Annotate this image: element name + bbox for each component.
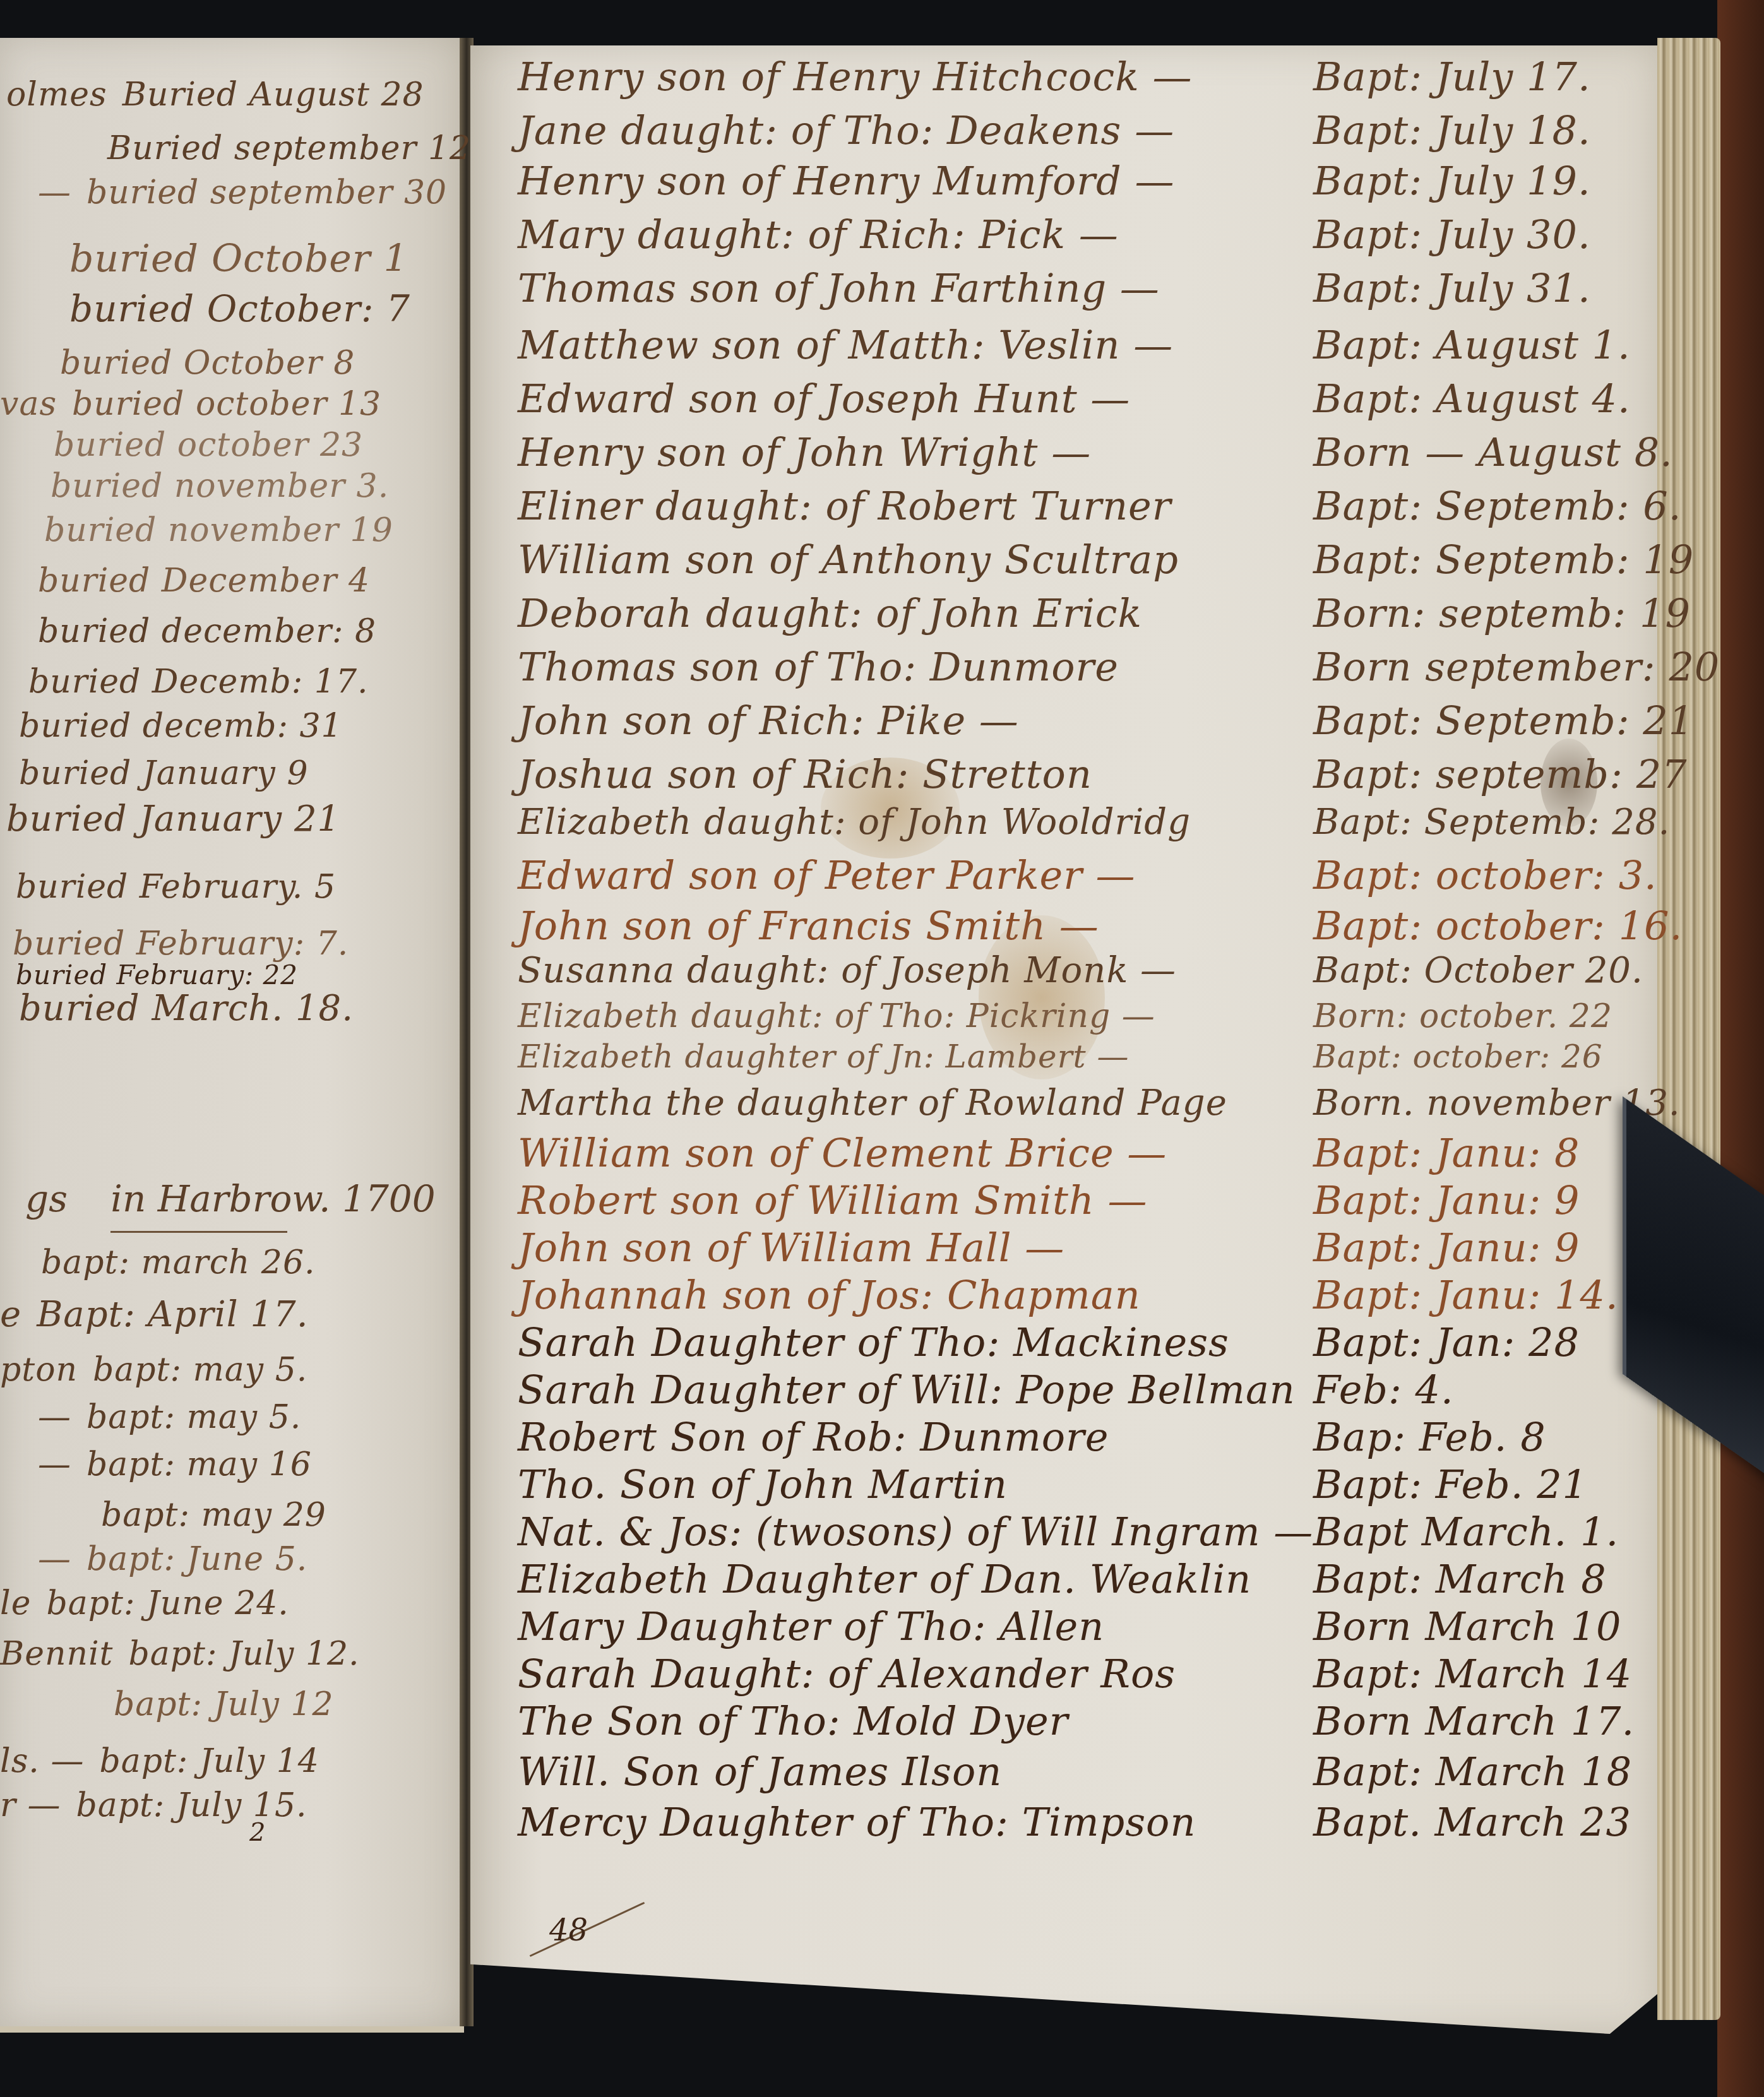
event-date: July 19. [1436,158,1591,204]
event-date: October 20. [1424,950,1643,991]
entry-name: Mary Daughter of Tho: Allen [518,1603,1275,1649]
event-date: February: 7. [136,925,349,963]
event-date: october 23 [177,426,363,464]
event-date: october 13 [196,385,381,423]
baptism-entry: bapt: march 26. [41,1244,316,1281]
name-fragment: pton [0,1351,78,1389]
name-fragment: olmes [6,76,107,114]
entry-name: Sarah Daughter of Tho: Mackiness [518,1319,1275,1365]
register-entry: John son of Francis Smith —Bapt: october… [518,903,1275,949]
event-label: buried [13,925,125,963]
event-date: november 19 [168,511,393,549]
event-label: Bapt: [1313,1272,1422,1318]
event-date: Septemb: 21 [1436,698,1694,744]
event-date: August 28 [249,76,424,114]
name-fragment: le [0,1584,31,1622]
event-label: Bapt: [1313,158,1422,204]
register-entry: Joshua son of Rich: StrettonBapt: septem… [518,751,1275,797]
event-label: Bapt: [1313,376,1422,422]
event-date: Janu: 8 [1436,1130,1580,1176]
header-fragment: gs [25,1177,68,1220]
burial-entry: buried October 1 [69,237,408,281]
entry-name: Edward son of Peter Parker — [518,852,1275,898]
event-label: Bapt: [1313,1225,1422,1271]
event-date: January 9 [143,754,309,792]
entry-name: Matthew son of Matth: Veslin — [518,322,1275,368]
burial-entry: buried February: 22 [16,959,298,990]
event-date: may 16 [187,1446,312,1483]
event-label: buried [69,287,194,330]
entry-name: Thomas son of Tho: Dunmore [518,644,1275,690]
book-cover-edge [1717,0,1764,2097]
name-fragment: — [38,1398,71,1436]
burial-entry: buried november 3. [51,467,389,505]
event-label: Born: [1313,997,1408,1035]
register-entry: William son of Clement Brice —Bapt: Janu… [518,1130,1275,1176]
baptism-entry: lebapt: June 24. [0,1584,289,1622]
event-date: september 30 [210,174,447,211]
entry-name: Henry son of Henry Hitchcock — [518,54,1275,100]
burial-entry: Buried september 12 [107,129,471,167]
header-underline [110,1231,287,1233]
register-entry: William son of Anthony ScultrapBapt: Sep… [518,537,1275,583]
event-date: July 18. [1436,107,1591,153]
entry-name: Will. Son of James Ilson [518,1749,1275,1795]
event-label: Bapt: [37,1294,136,1335]
event-date: september 12 [234,129,471,167]
event-date: August 1. [1436,322,1631,368]
baptism-entry: Bennitbapt: July 12. [0,1635,360,1673]
name-fragment: ls. — [0,1742,84,1780]
event-label: Born [1313,1603,1412,1649]
register-entry: Henry son of Henry Mumford —Bapt: July 1… [518,158,1275,204]
event-label: buried [60,344,172,382]
entry-name: William son of Anthony Scultrap [518,537,1275,583]
entry-name: Thomas son of John Farthing — [518,265,1275,311]
burial-entry: buried March. 18. [19,988,354,1029]
register-section-header: gs in Harbrow. 1700 [25,1177,436,1220]
register-entry: Martha the daughter of Rowland PageBorn.… [518,1083,1275,1124]
event-label: buried [19,988,140,1029]
event-date: April 17. [148,1294,309,1335]
event-date: may 5. [187,1398,302,1436]
event-date: October: 7 [207,287,410,330]
event-label: bapt: [76,1786,165,1824]
event-date: August 8. [1478,429,1673,475]
event-date: october: 26 [1412,1038,1602,1075]
open-register-book: olmesBuried August 28 Buried september 1… [0,0,1764,2097]
event-date: Septemb: 19 [1436,537,1694,583]
register-entry: Elizabeth daught: of Tho: Pickring —Born… [518,997,1275,1035]
register-entry: Susanna daught: of Joseph Monk —Bapt: Oc… [518,950,1275,991]
entry-name: Tho. Son of John Martin [518,1461,1275,1507]
entry-name: Henry son of John Wright — [518,429,1275,475]
register-entry: Robert Son of Rob: DunmoreBap: Feb. 8 [518,1414,1275,1460]
event-date: July 12. [229,1635,360,1673]
event-label: buried [6,799,128,840]
register-entry: Johannah son of Jos: ChapmanBapt: Janu: … [518,1272,1275,1318]
entry-name: Deborah daught: of John Erick [518,590,1275,636]
baptism-entry: bapt: may 29 [101,1496,326,1534]
event-date: Feb. 8 [1419,1414,1546,1460]
event-label: buried [19,754,131,792]
event-label: Bapt: [1313,265,1422,311]
event-label: Bapt: [1313,1651,1422,1697]
register-entry: Deborah daught: of John ErickBorn: septe… [518,590,1275,636]
register-entry: Matthew son of Matth: Veslin —Bapt: Augu… [518,322,1275,368]
event-date: March. 1. [1422,1509,1619,1555]
event-label: Bapt: [1313,1038,1402,1075]
event-label: Born [1313,1698,1412,1744]
name-fragment: — [38,1540,71,1578]
event-label: Buried [122,76,238,114]
entry-name: Johannah son of Jos: Chapman [518,1272,1275,1318]
event-label: Bapt: [1313,322,1422,368]
burial-entry: buried October 8 [60,344,355,382]
event-date: June 24. [146,1584,289,1622]
register-entry: Elizabeth daughter of Jn: Lambert —Bapt:… [518,1038,1275,1075]
event-label: bapt: [86,1446,176,1483]
event-label: buried [69,237,199,281]
event-date: Jan: 28 [1436,1319,1580,1365]
name-fragment: r — [0,1786,61,1824]
header-place: in Harbrow. [110,1177,330,1220]
event-label: buried [19,707,131,745]
event-date: December 4 [162,562,370,600]
event-date: March 18 [1436,1749,1632,1795]
register-entry: Sarah Daughter of Tho: MackinessBapt: Ja… [518,1319,1275,1365]
event-label: buried [16,959,107,990]
entry-name: Henry son of Henry Mumford — [518,158,1275,204]
entry-name: The Son of Tho: Mold Dyer [518,1698,1275,1744]
entry-name: Joshua son of Rich: Stretton [518,751,1275,797]
event-label: Bapt: [1313,1319,1422,1365]
event-label: bapt: [99,1742,188,1780]
event-date: Janu: 9 [1436,1225,1580,1271]
event-date: July 30. [1436,211,1591,258]
event-date: Feb. 21 [1436,1461,1588,1507]
event-label: bapt: [86,1540,176,1578]
burial-entry: buried october 23 [54,426,363,464]
event-date: July 12 [214,1685,334,1723]
event-date: March. 18. [152,988,354,1029]
event-label: bapt: [86,1398,176,1436]
register-entry: Henry son of Henry Hitchcock —Bapt: July… [518,54,1275,100]
register-entry: Sarah Daught: of Alexander RosBapt: Marc… [518,1651,1275,1697]
register-entry: Mercy Daughter of Tho: TimpsonBapt. Marc… [518,1799,1275,1845]
event-date: March 8 [1436,1556,1607,1602]
event-label: Bapt: [1313,903,1422,949]
entry-name: Elizabeth daught: of Tho: Pickring — [518,997,1275,1035]
event-label: Born — [1313,429,1465,475]
event-label: buried [28,663,141,701]
left-page [0,38,464,2033]
event-label: bapt: [114,1685,203,1723]
register-entry: Robert son of William Smith —Bapt: Janu:… [518,1177,1275,1223]
event-date: August 4. [1436,376,1631,422]
event-date: septemb: 27 [1436,751,1688,797]
event-date: march 26. [141,1244,316,1281]
event-date: september: 20 [1425,644,1720,690]
entry-name: Robert son of William Smith — [518,1177,1275,1223]
event-label: Bapt: [1313,751,1422,797]
burial-entry: buried February. 5 [16,868,336,906]
event-label: buried [86,174,199,211]
event-label: Bap: [1313,1414,1406,1460]
event-label: Born [1313,644,1412,690]
event-date: october: 3. [1436,852,1657,898]
event-date: november 3. [174,467,389,505]
baptism-entry: —bapt: may 5. [38,1398,301,1436]
event-label: bapt: [129,1635,218,1673]
event-date: July 14 [200,1742,319,1780]
event-label: Bapt: [1313,537,1422,583]
folio-number: 48 [549,1913,588,1948]
event-date: Septemb: 28. [1424,802,1671,843]
event-date: may 5. [193,1351,308,1389]
event-label: Bapt: [1313,211,1422,258]
entry-name: Elizabeth Daughter of Dan. Weaklin [518,1556,1275,1602]
entry-name: John son of Rich: Pike — [518,698,1275,744]
register-entry: Edward son of Joseph Hunt —Bapt: August … [518,376,1275,422]
event-date: Feb: 4. [1313,1367,1454,1413]
entry-name: Mary daught: of Rich: Pick — [518,211,1275,258]
event-label: Bapt: [1313,54,1422,100]
event-date: July 15. [176,1786,307,1824]
entry-name: Eliner daught: of Robert Turner [518,483,1275,529]
baptism-entry: —bapt: June 5. [38,1540,307,1578]
register-entry: Mary Daughter of Tho: AllenBorn March 10 [518,1603,1275,1649]
entry-name: Martha the daughter of Rowland Page [518,1083,1275,1124]
register-entry: The Son of Tho: Mold DyerBorn March 17. [518,1698,1275,1744]
event-label: buried [72,385,184,423]
event-label: Bapt: [1313,1130,1422,1176]
entry-name: Elizabeth daughter of Jn: Lambert — [518,1038,1275,1075]
event-label: buried [44,511,157,549]
name-fragment: — [38,1446,71,1483]
baptism-entry: ptonbapt: may 5. [0,1351,307,1389]
burial-entry: olmesBuried August 28 [6,76,424,114]
event-date: March 14 [1436,1651,1632,1697]
event-date: october. 22 [1419,997,1612,1035]
burial-entry: —buried september 30 [38,174,447,211]
baptism-entry: —bapt: may 16 [38,1446,312,1483]
baptism-entry: eBapt: April 17. [0,1294,308,1335]
register-entry: Mary daught: of Rich: Pick —Bapt: July 3… [518,211,1275,258]
event-date: Janu: 9 [1436,1177,1580,1223]
page-edges [1657,38,1720,2020]
baptism-entry: ls. —bapt: July 14 [0,1742,319,1780]
baptism-entry: bapt: July 12 [114,1685,334,1723]
burial-entry: buried January 21 [6,799,340,840]
event-date: January 21 [139,799,340,840]
event-label: buried [54,426,166,464]
entry-name: John son of Francis Smith — [518,903,1275,949]
entry-name: Jane daught: of Tho: Deakens — [518,107,1275,153]
register-entry: Henry son of John Wright —Born — August … [518,429,1275,475]
register-entry: Eliner daught: of Robert TurnerBapt: Sep… [518,483,1275,529]
event-date: February. 5 [140,868,336,906]
event-label: Bapt: [1313,1556,1422,1602]
burial-entry: buried Decemb: 17. [28,663,369,701]
entry-name: John son of William Hall — [518,1225,1275,1271]
event-label: buried [38,612,150,650]
register-entry: Edward son of Peter Parker —Bapt: octobe… [518,852,1275,898]
register-entry: Thomas son of John Farthing —Bapt: July … [518,265,1275,311]
event-label: Buried [107,129,223,167]
register-entry: John son of Rich: Pike —Bapt: Septemb: 2… [518,698,1275,744]
event-date: october: 16. [1436,903,1683,949]
event-label: Bapt: [1313,1177,1422,1223]
register-entry: Will. Son of James IlsonBapt: March 18 [518,1749,1275,1795]
event-label: Bapt: [1313,802,1412,843]
event-date: Septemb: 6. [1436,483,1682,529]
event-date: may 29 [201,1496,326,1534]
entry-name: Elizabeth daught: of John Wooldridg [518,802,1275,843]
event-label: bapt: [41,1244,130,1281]
event-label: bapt: [93,1351,182,1389]
name-fragment: vas [0,385,57,423]
event-label: Bapt. [1313,1799,1422,1845]
event-label: Born: [1313,590,1426,636]
entry-name: Sarah Daughter of Will: Pope Bellman [518,1367,1275,1413]
left-footer-mark: 2 [249,1818,265,1847]
burial-entry: buried december: 8 [38,612,376,650]
event-date: March 17. [1425,1698,1635,1744]
event-label: buried [38,562,150,600]
event-date: March 23 [1435,1799,1631,1845]
burial-entry: vasburied october 13 [0,385,381,423]
event-date: July 17. [1436,54,1591,100]
name-fragment: Bennit [0,1635,114,1673]
name-fragment: — [38,174,71,211]
event-date: October 8 [184,344,355,382]
event-label: buried [51,467,163,505]
entry-name: Mercy Daughter of Tho: Timpson [518,1799,1275,1845]
event-date: July 31. [1436,265,1591,311]
event-date: March 10 [1425,1603,1621,1649]
entry-name: Nat. & Jos: (twosons) of Will Ingram — [518,1509,1275,1555]
entry-name: Susanna daught: of Joseph Monk — [518,950,1275,991]
event-label: bapt: [46,1584,135,1622]
burial-entry: buried november 19 [44,511,393,549]
burial-entry: buried December 4 [38,562,370,600]
register-entry: Elizabeth daught: of John WooldridgBapt:… [518,802,1275,843]
event-date: septemb: 19 [1439,590,1691,636]
event-date: decemb: 31 [143,707,343,745]
event-label: Bapt [1313,1509,1409,1555]
event-label: Bapt: [1313,852,1422,898]
entry-name: William son of Clement Brice — [518,1130,1275,1176]
event-label: Bapt: [1313,107,1422,153]
event-label: Bapt: [1313,950,1412,991]
event-label: Born. [1313,1083,1415,1124]
name-fragment: e [0,1294,21,1335]
burial-entry: buried January 9 [19,754,309,792]
event-label: Bapt: [1313,698,1422,744]
event-date: Decemb: 17. [152,663,369,701]
event-label: Bapt: [1313,1749,1422,1795]
event-date: Janu: 14. [1436,1272,1619,1318]
register-entry: Nat. & Jos: (twosons) of Will Ingram —Ba… [518,1509,1275,1555]
entry-name: Edward son of Joseph Hunt — [518,376,1275,422]
entry-name: Robert Son of Rob: Dunmore [518,1414,1275,1460]
event-label: Bapt: [1313,483,1422,529]
entry-name: Sarah Daught: of Alexander Ros [518,1651,1275,1697]
event-label: bapt: [101,1496,190,1534]
register-entry: Jane daught: of Tho: Deakens —Bapt: July… [518,107,1275,153]
register-entry: Elizabeth Daughter of Dan. WeaklinBapt: … [518,1556,1275,1602]
register-entry: Tho. Son of John MartinBapt: Feb. 21 [518,1461,1275,1507]
event-date: October 1 [212,237,408,281]
burial-entry: buried decemb: 31 [19,707,343,745]
event-date: december: 8 [162,612,376,650]
event-date: June 5. [187,1540,308,1578]
event-label: buried [16,868,128,906]
register-entry: Sarah Daughter of Will: Pope Bellman Feb… [518,1367,1275,1413]
register-entry: John son of William Hall —Bapt: Janu: 9 [518,1225,1275,1271]
burial-entry: buried February: 7. [13,925,349,963]
register-entry: Thomas son of Tho: DunmoreBorn september… [518,644,1275,690]
header-year: 1700 [342,1177,436,1220]
event-label: Bapt: [1313,1461,1422,1507]
burial-entry: buried October: 7 [69,287,410,330]
event-date: February: 22 [117,959,299,990]
